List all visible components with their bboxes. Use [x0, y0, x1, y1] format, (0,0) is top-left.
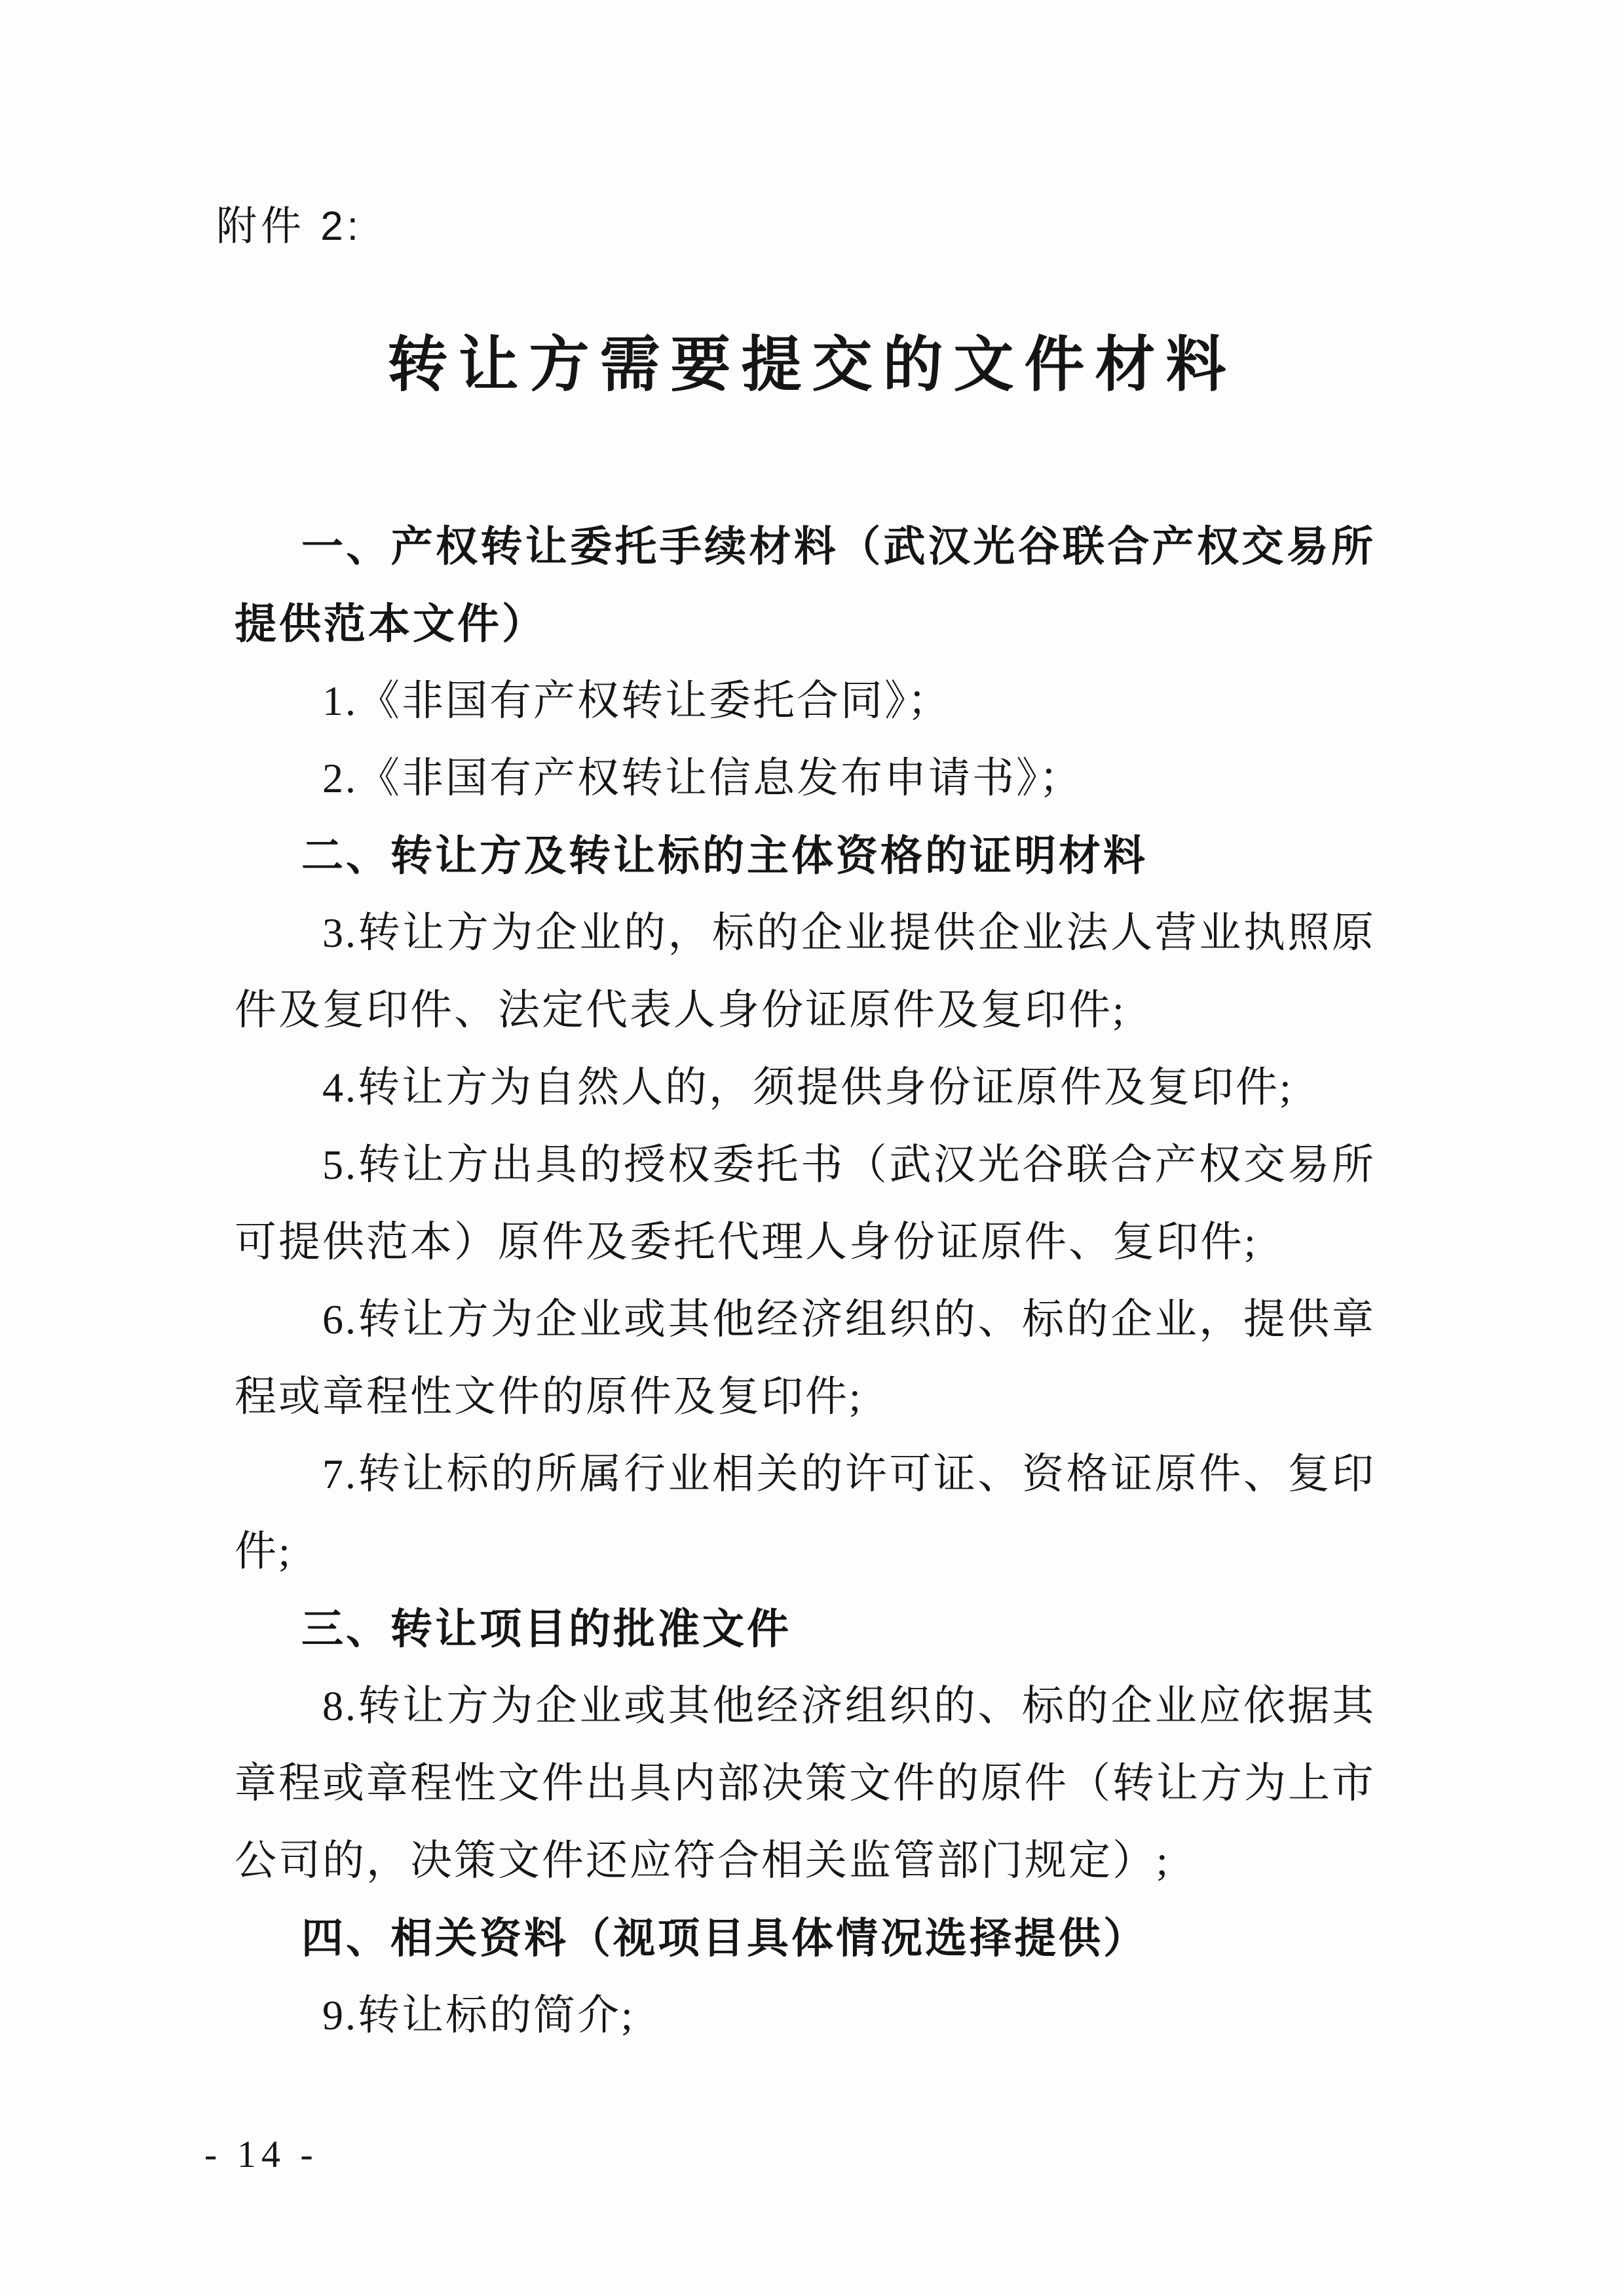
list-item-5-line-2: 可提供范本）原件及委托代理人身份证原件、复印件;: [235, 1204, 1376, 1281]
page-number: - 14 -: [204, 2128, 318, 2181]
list-item-7-line-2: 件;: [235, 1513, 1376, 1590]
list-item-3-line-2: 件及复印件、法定代表人身份证原件及复印件;: [235, 972, 1376, 1049]
section-heading-1-line-1: 一、产权转让委托手续材料（武汉光谷联合产权交易所: [235, 508, 1376, 585]
list-item-4: 4.转让方为自然人的，须提供身份证原件及复印件;: [235, 1049, 1376, 1126]
list-item-7-line-1: 7.转让标的所属行业相关的许可证、资格证原件、复印: [235, 1436, 1376, 1513]
list-item-1: 1.《非国有产权转让委托合同》；: [235, 662, 1376, 740]
list-item-3-line-1: 3.转让方为企业的，标的企业提供企业法人营业执照原: [235, 894, 1376, 972]
section-heading-2: 二、转让方及转让标的主体资格的证明材料: [235, 817, 1376, 894]
list-item-5-line-1: 5.转让方出具的授权委托书（武汉光谷联合产权交易所: [235, 1126, 1376, 1204]
list-item-8-line-3: 公司的，决策文件还应符合相关监管部门规定）;: [235, 1822, 1376, 1900]
section-heading-3: 三、转让项目的批准文件: [235, 1590, 1376, 1668]
scanned-document-page: 附件 2: 转让方需要提交的文件材料 一、产权转让委托手续材料（武汉光谷联合产权…: [0, 0, 1624, 2296]
page-title: 转让方需要提交的文件材料: [0, 316, 1624, 414]
list-item-8-line-1: 8.转让方为企业或其他经济组织的、标的企业应依据其: [235, 1668, 1376, 1745]
document-body: 一、产权转让委托手续材料（武汉光谷联合产权交易所 提供范本文件） 1.《非国有产…: [235, 508, 1376, 2054]
list-item-8-line-2: 章程或章程性文件出具内部决策文件的原件（转让方为上市: [235, 1745, 1376, 1822]
section-heading-1-line-2: 提供范本文件）: [235, 585, 1376, 662]
list-item-2: 2.《非国有产权转让信息发布申请书》；: [235, 740, 1376, 817]
list-item-6-line-1: 6.转让方为企业或其他经济组织的、标的企业，提供章: [235, 1281, 1376, 1358]
list-item-6-line-2: 程或章程性文件的原件及复印件;: [235, 1358, 1376, 1436]
section-heading-4: 四、相关资料（视项目具体情况选择提供）: [235, 1900, 1376, 1977]
attachment-label: 附件 2:: [216, 197, 362, 257]
list-item-9: 9.转让标的简介;: [235, 1977, 1376, 2054]
